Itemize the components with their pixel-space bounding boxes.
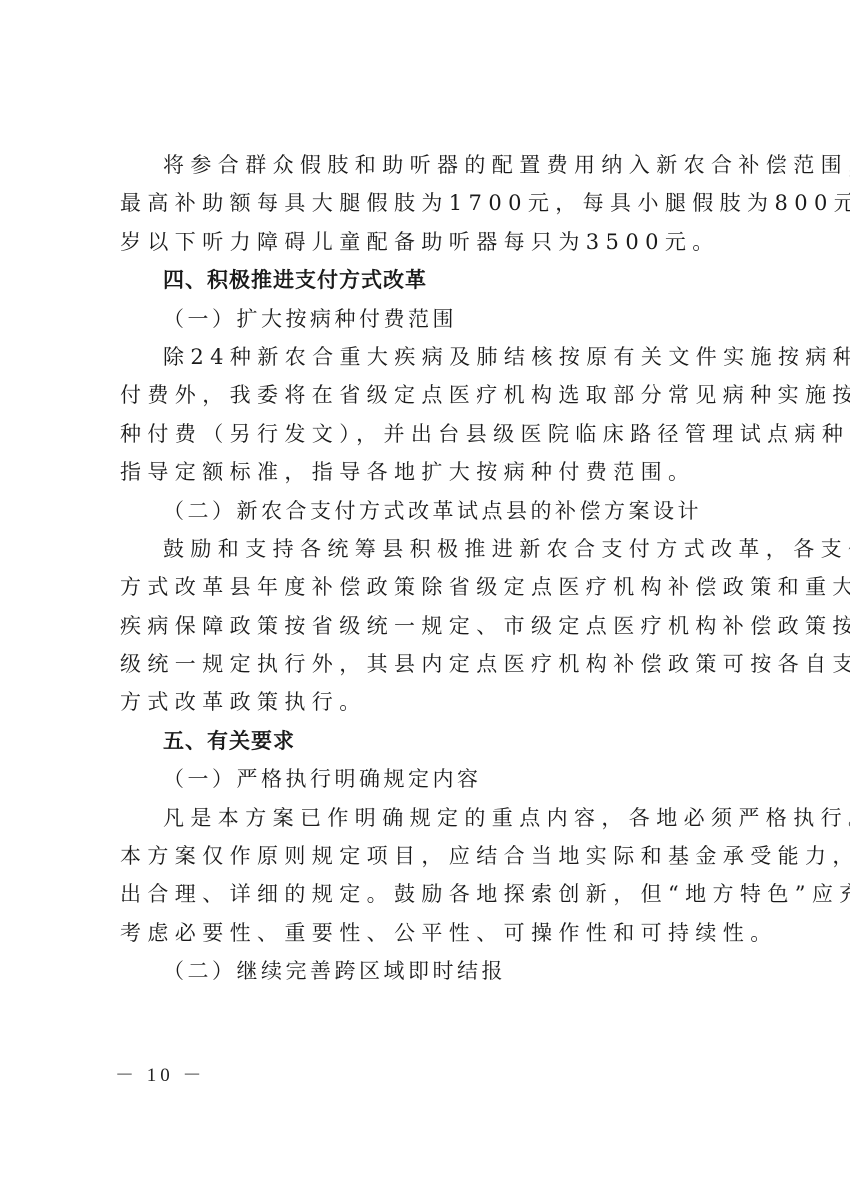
paragraph-line: 除24种新农合重大疾病及肺结核按原有关文件实施按病种 bbox=[120, 338, 732, 376]
subsection-heading: （二）新农合支付方式改革试点县的补偿方案设计 bbox=[120, 492, 732, 530]
paragraph-line: 考虑必要性、重要性、公平性、可操作性和可持续性。 bbox=[120, 914, 732, 952]
paragraph-line: 疾病保障政策按省级统一规定、市级定点医疗机构补偿政策按市 bbox=[120, 607, 732, 645]
paragraph-line: 将参合群众假肢和助听器的配置费用纳入新农合补偿范围， bbox=[120, 146, 732, 184]
subsection-heading: （二）继续完善跨区域即时结报 bbox=[120, 952, 732, 990]
paragraph-line: 最高补助额每具大腿假肢为1700元，每具小腿假肢为800元，7周 bbox=[120, 184, 732, 222]
paragraph-line: 鼓励和支持各统筹县积极推进新农合支付方式改革，各支付 bbox=[120, 530, 732, 568]
document-page: 将参合群众假肢和助听器的配置费用纳入新农合补偿范围， 最高补助额每具大腿假肢为1… bbox=[120, 146, 732, 991]
page-number: － 10 － bbox=[115, 1060, 206, 1087]
paragraph-line: 种付费（另行发文），并出台县级医院临床路径管理试点病种付费 bbox=[120, 415, 732, 453]
paragraph-line: 本方案仅作原则规定项目，应结合当地实际和基金承受能力，做 bbox=[120, 837, 732, 875]
paragraph-line: 岁以下听力障碍儿童配备助听器每只为3500元。 bbox=[120, 223, 732, 261]
paragraph-line: 付费外，我委将在省级定点医疗机构选取部分常见病种实施按病 bbox=[120, 376, 732, 414]
subsection-heading: （一）严格执行明确规定内容 bbox=[120, 760, 732, 798]
section-heading-5: 五、有关要求 bbox=[120, 722, 732, 760]
subsection-heading: （一）扩大按病种付费范围 bbox=[120, 300, 732, 338]
paragraph-line: 方式改革县年度补偿政策除省级定点医疗机构补偿政策和重大 bbox=[120, 568, 732, 606]
section-heading-4: 四、积极推进支付方式改革 bbox=[120, 261, 732, 299]
paragraph-line: 出合理、详细的规定。鼓励各地探索创新，但“地方特色”应充分 bbox=[120, 875, 732, 913]
paragraph-line: 级统一规定执行外，其县内定点医疗机构补偿政策可按各自支付 bbox=[120, 645, 732, 683]
paragraph-line: 指导定额标准，指导各地扩大按病种付费范围。 bbox=[120, 453, 732, 491]
paragraph-line: 凡是本方案已作明确规定的重点内容，各地必须严格执行。 bbox=[120, 799, 732, 837]
paragraph-line: 方式改革政策执行。 bbox=[120, 683, 732, 721]
